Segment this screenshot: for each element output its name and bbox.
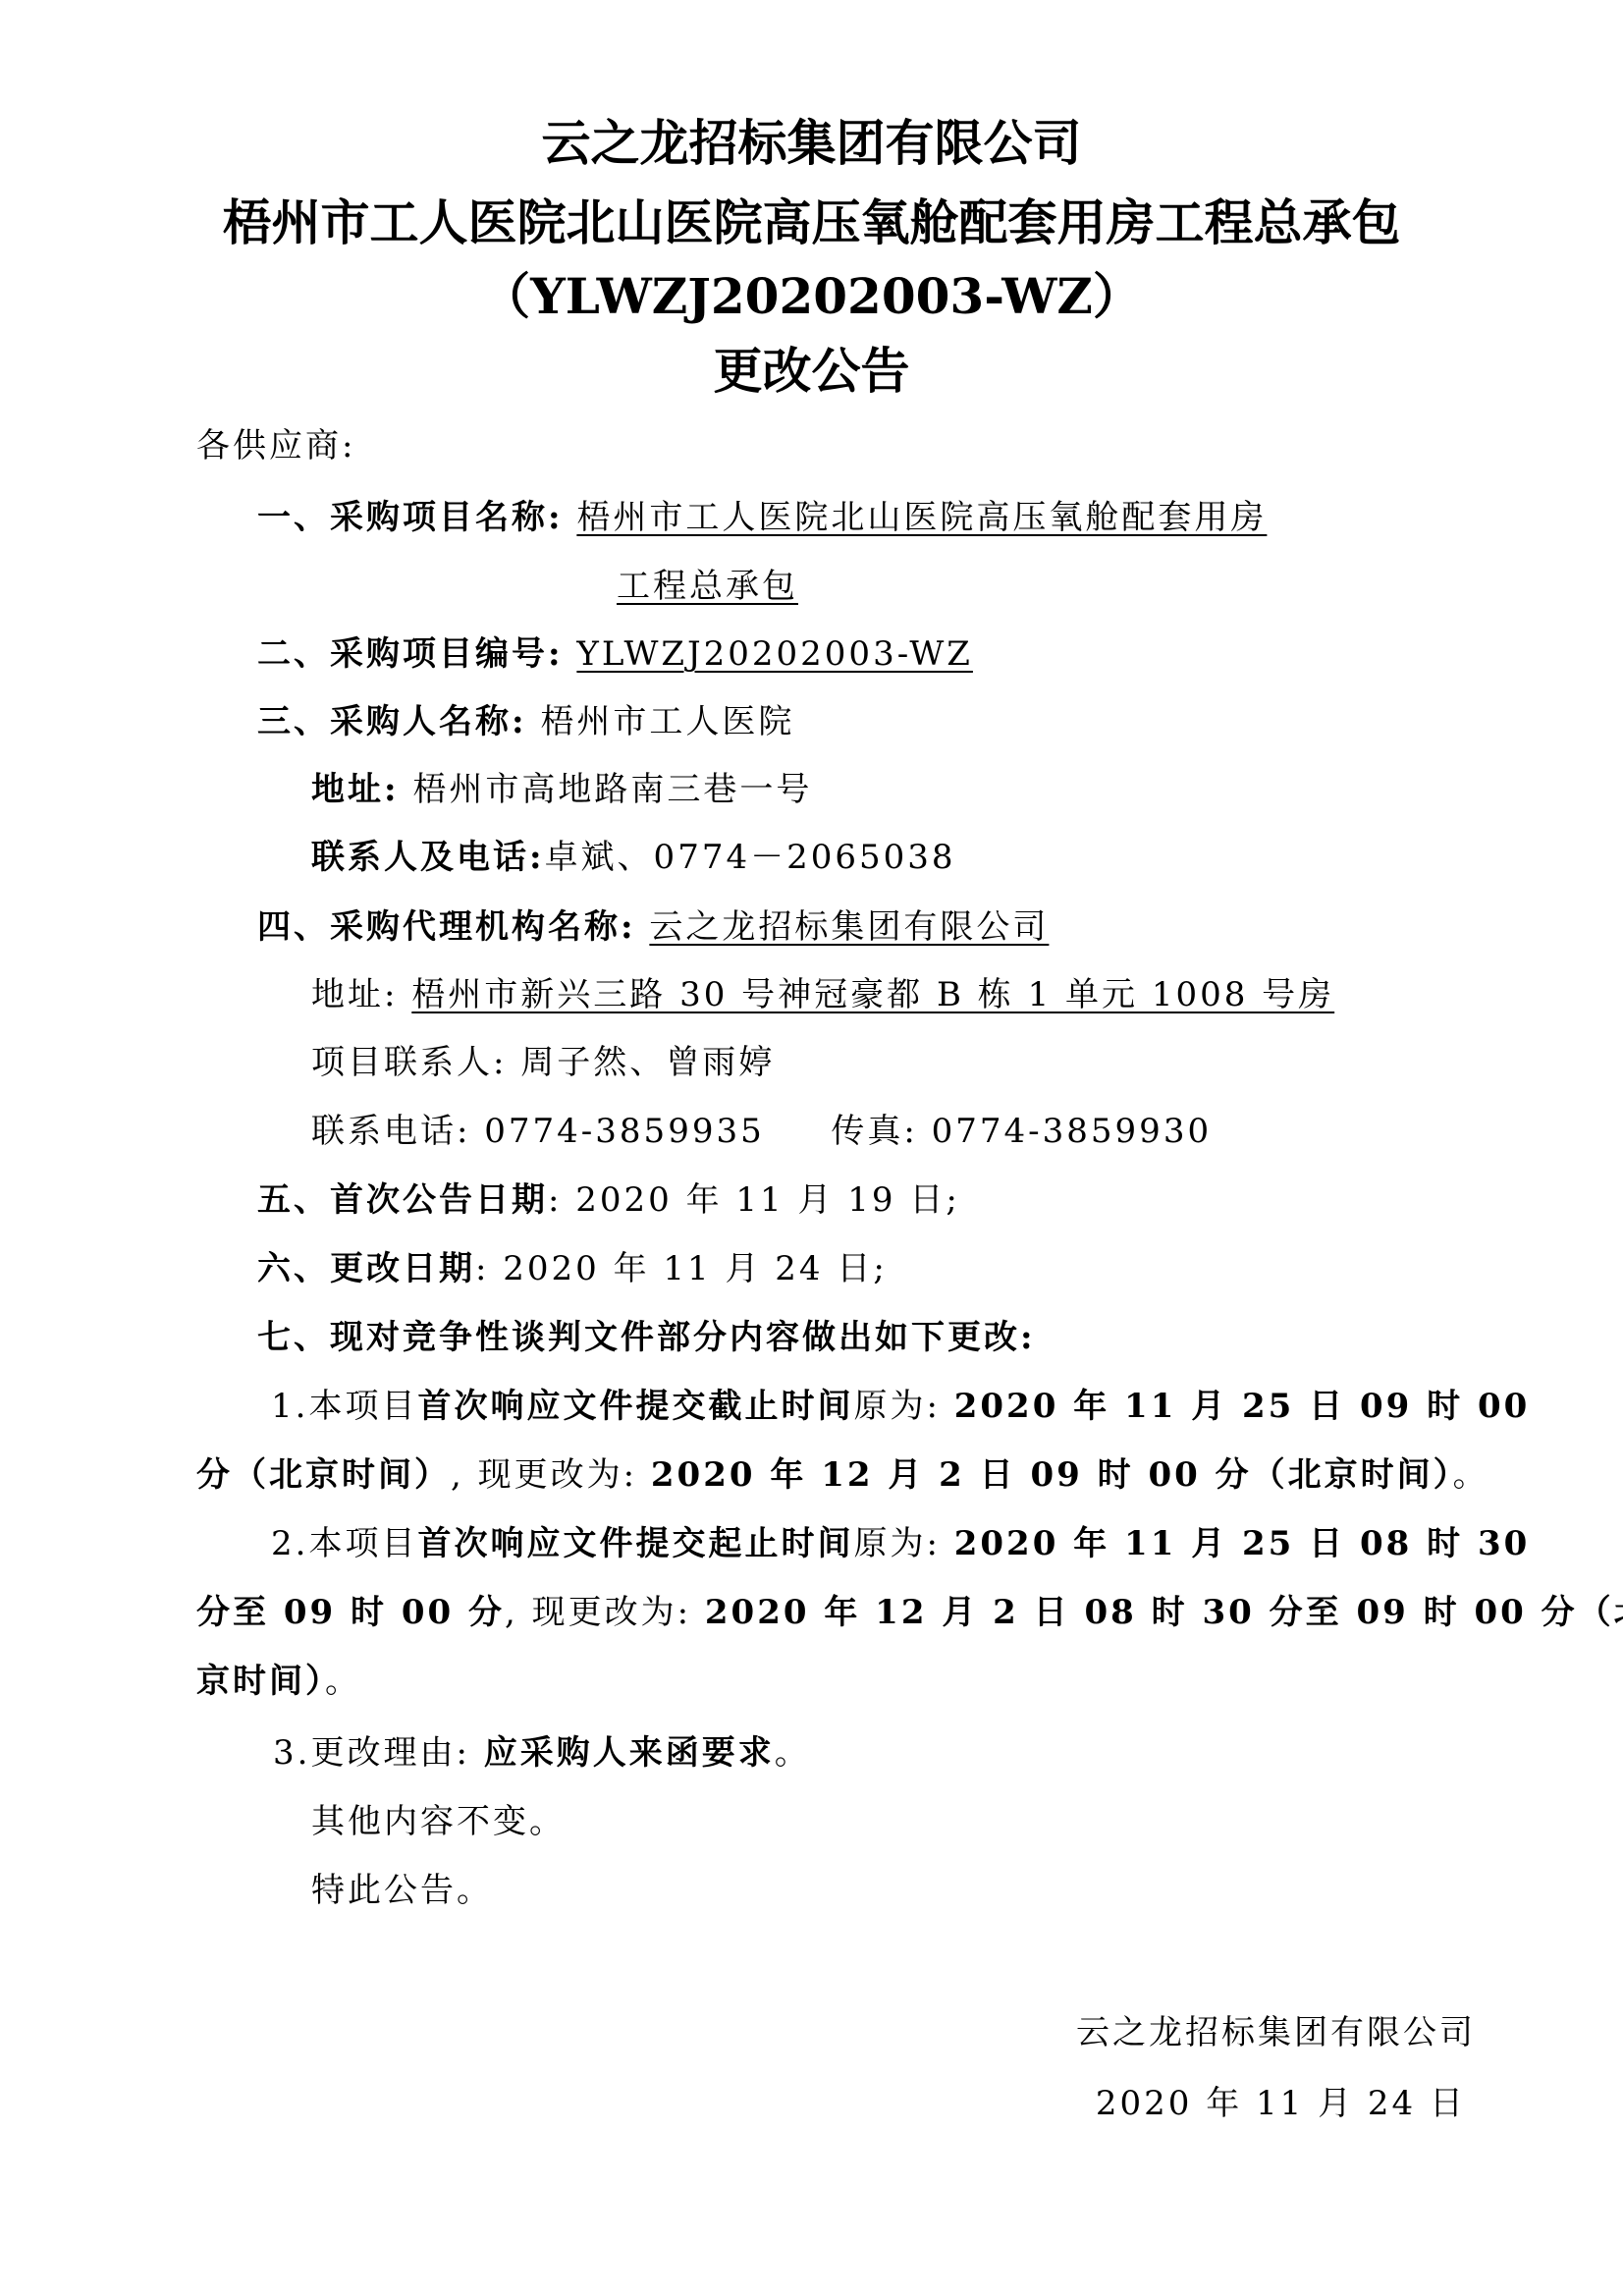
signature-date: 2020 年 11 月 24 日 (1096, 2082, 1466, 2125)
section-5: 五、首次公告日期: 2020 年 11 月 19 日; (257, 1178, 960, 1222)
change-3-prefix: 3.更改理由: (273, 1733, 470, 1773)
section-6-value: : 2020 年 11 月 24 日; (475, 1249, 888, 1288)
section-2: 二、采购项目编号: YLWZJ20202003-WZ (257, 632, 973, 676)
change-1-prefix: 1.本项目 (271, 1387, 417, 1426)
signature-company: 云之龙招标集团有限公司 (1076, 2011, 1476, 2054)
change-2-end: 。 (325, 1662, 361, 1701)
section-4: 四、采购代理机构名称: 云之龙招标集团有限公司 (257, 905, 1049, 949)
section-1-value: 梧州市工人医院北山医院高压氧舱配套用房 (576, 498, 1267, 537)
section-3-contact-value: 卓斌、0774－2065038 (545, 838, 956, 877)
section-5-label: 五、首次公告日期 (257, 1180, 548, 1220)
section-5-value: : 2020 年 11 月 19 日; (548, 1180, 960, 1220)
change-2-subject: 首次响应文件提交起止时间 (417, 1524, 853, 1563)
change-1-new-value: 2020 年 12 月 2 日 09 时 00 分（北京时间） (651, 1455, 1453, 1495)
section-3-address-label: 地址: (311, 770, 400, 809)
section-4-phone-label: 联系电话: (311, 1112, 470, 1151)
closing-unchanged: 其他内容不变。 (311, 1800, 566, 1843)
change-2-new-value-cont: 京时间） (196, 1662, 325, 1701)
section-3-label: 三、采购人名称: (257, 702, 527, 741)
header-project-code: （YLWZJ20202003-WZ） (0, 267, 1623, 326)
change-3: 3.更改理由: 应采购人来函要求。 (273, 1731, 811, 1775)
change-2-orig-value-cont: 分至 09 时 00 分 (196, 1593, 505, 1632)
change-1-orig-value-cont: 分（北京时间） (196, 1455, 451, 1495)
change-1-subject: 首次响应文件提交截止时间 (417, 1387, 853, 1426)
change-1-line1: 1.本项目首次响应文件提交截止时间原为: 2020 年 11 月 25 日 09… (271, 1385, 1530, 1428)
section-2-label: 二、采购项目编号: (257, 634, 564, 674)
change-1-line2: 分（北京时间）, 现更改为: 2020 年 12 月 2 日 09 时 00 分… (196, 1453, 1489, 1497)
change-1-orig-label: 原为: (853, 1387, 940, 1426)
section-3: 三、采购人名称: 梧州市工人医院 (257, 700, 794, 743)
section-6: 六、更改日期: 2020 年 11 月 24 日; (257, 1247, 888, 1290)
section-1-label: 一、采购项目名称: (257, 498, 564, 537)
change-1-sep: , 现更改为: (451, 1455, 637, 1495)
change-2-line1: 2.本项目首次响应文件提交起止时间原为: 2020 年 11 月 25 日 08… (271, 1522, 1530, 1565)
change-3-end: 。 (775, 1733, 811, 1773)
change-2-orig-label: 原为: (853, 1524, 940, 1563)
section-6-label: 六、更改日期 (257, 1249, 475, 1288)
section-4-fax-value: 0774-3859930 (932, 1112, 1212, 1151)
section-7-label: 七、现对竞争性谈判文件部分内容做出如下更改: (257, 1316, 1036, 1359)
section-3-address: 地址: 梧州市高地路南三巷一号 (311, 768, 812, 811)
section-4-address: 地址: 梧州市新兴三路 30 号神冠豪都 B 栋 1 单元 1008 号房 (311, 973, 1334, 1016)
section-4-contact-label: 项目联系人: (311, 1043, 507, 1082)
header-project-title: 梧州市工人医院北山医院高压氧舱配套用房工程总承包 (0, 193, 1623, 252)
change-2-line3: 京时间）。 (196, 1660, 361, 1703)
section-4-label: 四、采购代理机构名称: (257, 907, 636, 947)
section-1-value-line2: 工程总承包 (617, 567, 798, 606)
section-4-phone-value: 0774-3859935 (484, 1112, 764, 1151)
header-company: 云之龙招标集团有限公司 (0, 114, 1623, 173)
salutation: 各供应商: (196, 424, 355, 467)
section-1: 一、采购项目名称: 梧州市工人医院北山医院高压氧舱配套用房 (257, 496, 1267, 539)
section-4-fax-label: 传真: (831, 1112, 917, 1151)
section-3-address-value: 梧州市高地路南三巷一号 (412, 770, 812, 809)
section-4-contact: 项目联系人: 周子然、曾雨婷 (311, 1041, 775, 1084)
section-4-value: 云之龙招标集团有限公司 (649, 907, 1049, 947)
closing-announce: 特此公告。 (311, 1869, 493, 1912)
change-2-prefix: 2.本项目 (271, 1524, 417, 1563)
change-2-sep: , 现更改为: (505, 1593, 691, 1632)
change-2-orig-value: 2020 年 11 月 25 日 08 时 30 (954, 1524, 1531, 1563)
section-3-contact-label: 联系人及电话: (311, 838, 545, 877)
section-2-value: YLWZJ20202003-WZ (576, 634, 973, 674)
change-1-orig-value: 2020 年 11 月 25 日 09 时 00 (954, 1387, 1531, 1426)
change-3-reason: 应采购人来函要求 (484, 1733, 775, 1773)
change-2-line2: 分至 09 时 00 分, 现更改为: 2020 年 12 月 2 日 08 时… (196, 1591, 1623, 1634)
section-4-address-value: 梧州市新兴三路 30 号神冠豪都 B 栋 1 单元 1008 号房 (411, 975, 1334, 1014)
change-1-end: 。 (1453, 1455, 1489, 1495)
header-notice-type: 更改公告 (0, 342, 1623, 401)
section-4-address-label: 地址: (311, 975, 398, 1014)
section-3-value: 梧州市工人医院 (540, 702, 794, 741)
section-1-continuation: 工程总承包 (617, 565, 798, 608)
section-4-contact-value: 周子然、曾雨婷 (520, 1043, 775, 1082)
section-4-phone: 联系电话: 0774-3859935 传真: 0774-3859930 (311, 1110, 1212, 1153)
change-2-new-value: 2020 年 12 月 2 日 08 时 30 分至 09 时 00 分（北 (705, 1593, 1623, 1632)
section-3-contact: 联系人及电话:卓斌、0774－2065038 (311, 836, 956, 879)
